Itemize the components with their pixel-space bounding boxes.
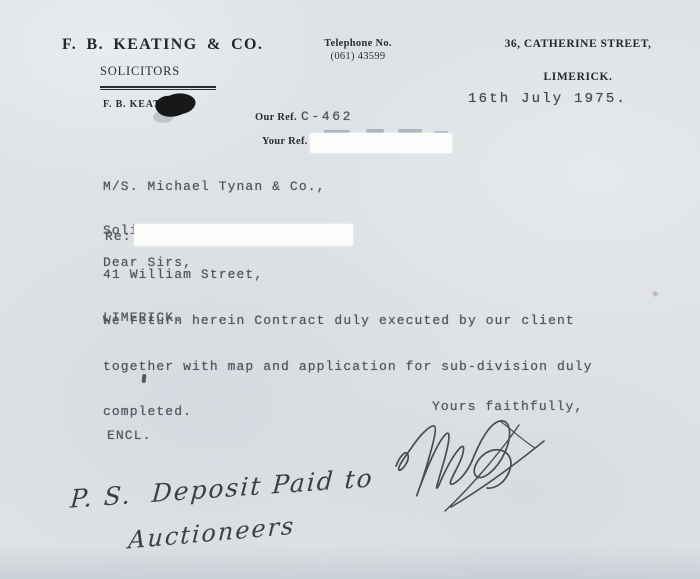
ink-blot bbox=[149, 90, 201, 124]
your-ref-redaction bbox=[310, 129, 452, 154]
firm-name: F. B. KEATING & CO. bbox=[62, 36, 263, 54]
telephone-label: Telephone No. bbox=[298, 37, 418, 50]
firm-role: SOLICITORS bbox=[100, 64, 180, 79]
telephone-block: Telephone No. (061) 43599 bbox=[298, 37, 418, 63]
enclosure-note: ENCL. bbox=[107, 428, 152, 443]
office-address: 36, CATHERINE STREET, LIMERICK. bbox=[478, 38, 678, 83]
recipient-line: M/S. Michael Tynan & Co., bbox=[103, 180, 326, 194]
telephone-number: (061) 43599 bbox=[298, 50, 418, 63]
body-line: together with map and application for su… bbox=[103, 359, 593, 375]
our-ref-label: Our Ref. bbox=[255, 112, 297, 123]
letter-scan: F. B. KEATING & CO. SOLICITORS F. B. KEA… bbox=[0, 0, 700, 579]
body-line: We return herein Contract duly executed … bbox=[103, 313, 593, 329]
letter-date: 16th July 1975. bbox=[468, 91, 627, 107]
office-address-line-2: LIMERICK. bbox=[478, 71, 678, 83]
your-ref-label: Your Ref. bbox=[262, 136, 308, 147]
postscript-line-2: Auctioneers bbox=[128, 512, 296, 555]
subject-redaction bbox=[134, 224, 353, 246]
office-address-line-1: 36, CATHERINE STREET, bbox=[478, 38, 678, 50]
postscript-line-1: P. S. Deposit Paid to bbox=[69, 463, 374, 513]
stray-dot bbox=[652, 291, 659, 297]
closing: Yours faithfully, bbox=[432, 399, 583, 414]
salutation: Dear Sirs, bbox=[103, 255, 192, 270]
our-ref-value: C-462 bbox=[301, 109, 353, 124]
subject-label: Re: bbox=[105, 229, 132, 244]
signature bbox=[388, 414, 568, 516]
